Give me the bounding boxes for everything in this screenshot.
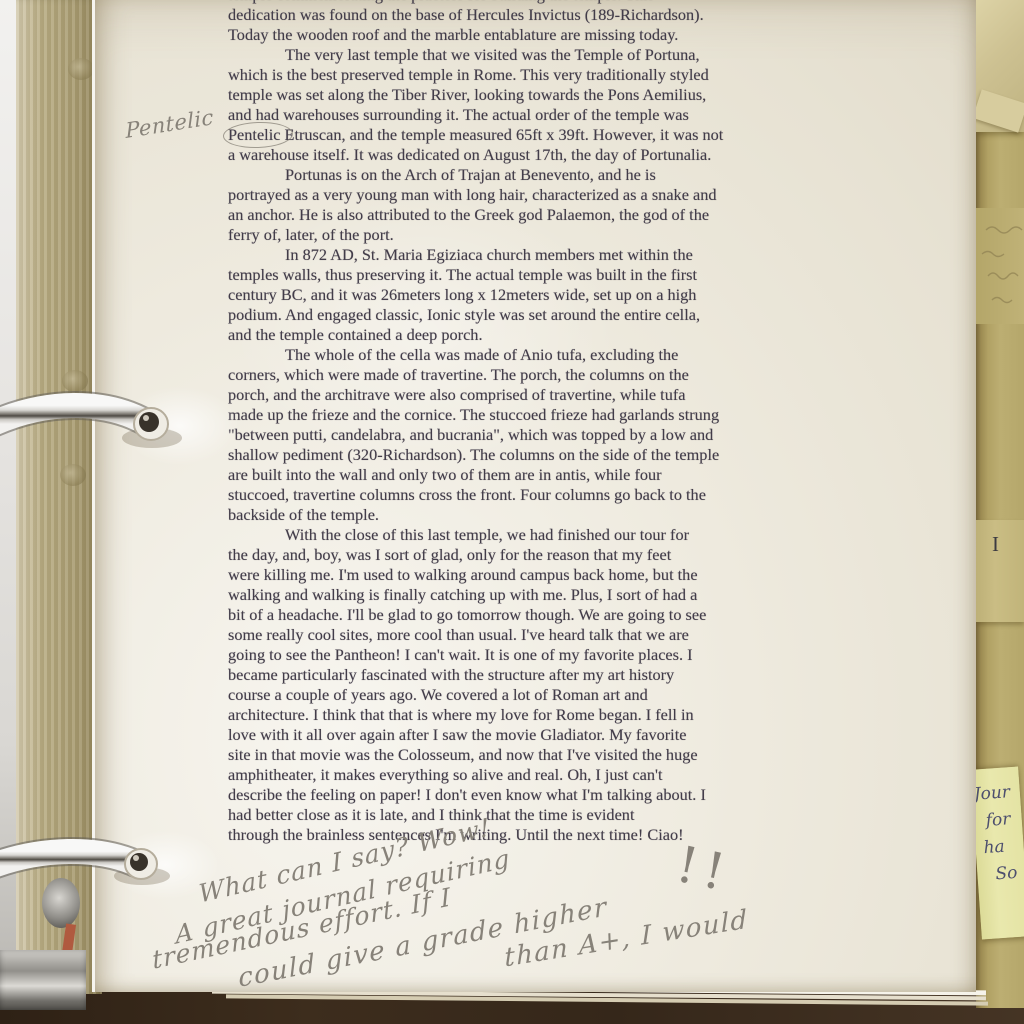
typed-line: podium. And engaged classic, Ionic style…	[228, 305, 844, 325]
typed-line: an anchor. He is also attributed to the …	[228, 205, 844, 225]
typed-line: portrayed as a very young man with long …	[228, 185, 844, 205]
typed-line: walking and walking is finally catching …	[228, 585, 844, 605]
typed-line: bit of a headache. I'll be glad to go to…	[228, 605, 844, 625]
sticky-line: Jour	[973, 779, 1021, 809]
typed-line: The very last temple that we visited was…	[228, 45, 844, 65]
typed-line: In 872 AD, St. Maria Egiziaca church mem…	[228, 245, 844, 265]
light-flare	[120, 386, 240, 466]
binder-photo: I Jour for ha So temple commemorating th…	[0, 0, 1024, 1024]
typed-line: century BC, and it was 26meters long x 1…	[228, 285, 844, 305]
typed-line: architecture. I think that that is where…	[228, 705, 844, 725]
typed-line: the day, and, boy, was I sort of glad, o…	[228, 545, 844, 565]
typed-line: some really cool sites, more cool than u…	[228, 625, 844, 645]
typed-line: Pentelic Etruscan, and the temple measur…	[228, 125, 844, 145]
typed-line: and had warehouses surrounding it. The a…	[228, 105, 844, 125]
typed-line: made up the frieze and the cornice. The …	[228, 405, 844, 425]
right-page-stack: I Jour for ha So	[976, 0, 1024, 1008]
grader-exclamation: !!	[672, 835, 737, 903]
tab-label: I	[992, 532, 999, 556]
typed-line: had better close as it is late, and I th…	[228, 805, 844, 825]
journal-page: temple commemorating the praetors for bu…	[92, 0, 976, 992]
typed-line: The whole of the cella was made of Anio …	[228, 345, 844, 365]
margin-note: Pentelic	[125, 105, 214, 143]
punched-hole	[60, 464, 86, 486]
typed-text: temple commemorating the praetors for bu…	[228, 0, 844, 845]
typed-line: temples walls, thus preserving it. The a…	[228, 265, 844, 285]
punched-hole	[68, 58, 94, 80]
sticky-line: for	[985, 805, 1023, 834]
binder-spine-metal	[0, 950, 86, 1010]
typed-line: amphitheater, it makes everything so ali…	[228, 765, 844, 785]
typed-line: temple was set along the Tiber River, lo…	[228, 85, 844, 105]
typed-line: site in that movie was the Colosseum, an…	[228, 745, 844, 765]
page-edge-texture	[16, 0, 102, 994]
typed-line: became particularly fascinated with the …	[228, 665, 844, 685]
typed-line: describe the feeling on paper! I don't e…	[228, 785, 844, 805]
binder-mechanism-roller	[42, 878, 80, 928]
typed-line: which is the best preserved temple in Ro…	[228, 65, 844, 85]
typed-line: Today the wooden roof and the marble ent…	[228, 25, 844, 45]
typed-line: were killing me. I'm used to walking aro…	[228, 565, 844, 585]
typed-line: stuccoed, travertine columns cross the f…	[228, 485, 844, 505]
index-tab[interactable]: I	[976, 520, 1024, 622]
typed-line: With the close of this last temple, we h…	[228, 525, 844, 545]
light-flare	[110, 830, 220, 900]
illegible-handwriting-note	[976, 208, 1024, 324]
typed-line: dedication was found on the base of Herc…	[228, 5, 844, 25]
sticky-line: ha	[983, 832, 1024, 862]
typed-line: backside of the temple.	[228, 505, 844, 525]
typed-line: through the brainless sentences I'm writ…	[228, 825, 844, 845]
yellow-sticky-note[interactable]: Jour for ha So	[970, 767, 1024, 940]
typed-line: corners, which were made of travertine. …	[228, 365, 844, 385]
typed-line: course a couple of years ago. We covered…	[228, 685, 844, 705]
typed-line: Portunas is on the Arch of Trajan at Ben…	[228, 165, 844, 185]
sticky-line: So	[995, 859, 1024, 888]
punched-hole	[62, 370, 88, 392]
typed-line: shallow pediment (320-Richardson). The c…	[228, 445, 844, 465]
left-page-stack	[16, 0, 102, 994]
typed-line: porch, and the architrave were also comp…	[228, 385, 844, 405]
typed-line: love with it all over again after I saw …	[228, 725, 844, 745]
typed-line: a warehouse itself. It was dedicated on …	[228, 145, 844, 165]
typed-line: are built into the wall and only two of …	[228, 465, 844, 485]
typed-line: ferry of, later, of the port.	[228, 225, 844, 245]
typed-line: going to see the Pantheon! I can't wait.…	[228, 645, 844, 665]
typed-line: "between putti, candelabra, and bucrania…	[228, 425, 844, 445]
typed-line: and the temple contained a deep porch.	[228, 325, 844, 345]
